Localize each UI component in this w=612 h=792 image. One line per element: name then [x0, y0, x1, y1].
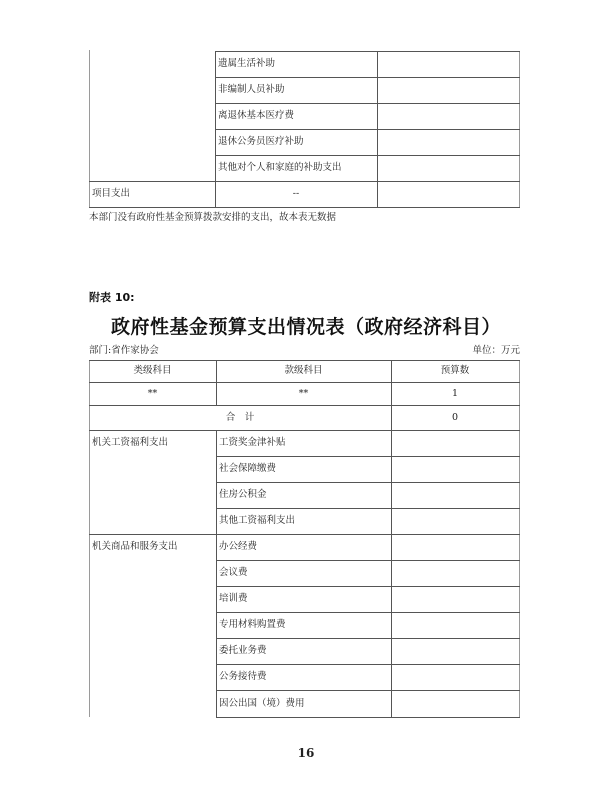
table-cell-subject: 退休公务员医疗补助 — [215, 129, 377, 155]
code-budget: 1 — [391, 382, 519, 405]
table-cell-subject: 委托业务费 — [216, 638, 391, 664]
category-goods-services: 机关商品和服务支出 — [89, 534, 216, 560]
header-subcategory: 款级科目 — [216, 360, 391, 382]
total-value: 0 — [391, 405, 519, 430]
table-cell-subject: 培训费 — [216, 586, 391, 612]
table-cell-subject: 遗属生活补助 — [215, 51, 377, 77]
table-cell-subject: 专用材料购置费 — [216, 612, 391, 638]
page-number: 16 — [0, 746, 612, 760]
table-cell-subject: 离退休基本医疗费 — [215, 103, 377, 129]
table-cell-subject: 非编制人员补助 — [215, 77, 377, 103]
code-category: ** — [89, 382, 216, 405]
header-budget: 预算数 — [391, 360, 519, 382]
no-data-note: 本部门没有政府性基金预算拨款安排的支出，故本表无数据 — [89, 209, 336, 223]
appendix-label: 附表 10: — [89, 289, 135, 305]
table-cell-subject: 其他对个人和家庭的补助支出 — [215, 155, 377, 181]
project-expense-dash: -- — [215, 181, 377, 207]
project-expense-label: 项目支出 — [89, 181, 215, 207]
category-wages: 机关工资福利支出 — [89, 430, 216, 456]
total-label: 合 计 — [89, 405, 391, 430]
table-cell-subject: 公务接待费 — [216, 664, 391, 690]
table-cell-subject: 工资奖金津补贴 — [216, 430, 391, 456]
code-subcategory: ** — [216, 382, 391, 405]
department-label: 部门:省作家协会 — [89, 342, 159, 356]
table-cell-subject: 因公出国（境）费用 — [216, 690, 391, 717]
unit-label: 单位：万元 — [472, 342, 520, 356]
header-category: 类级科目 — [89, 360, 216, 382]
top-table-hline — [89, 207, 520, 208]
table-cell-subject: 办公经费 — [216, 534, 391, 560]
table-cell-subject: 社会保障缴费 — [216, 456, 391, 482]
table-cell-subject: 其他工资福利支出 — [216, 508, 391, 534]
page-title: 政府性基金预算支出情况表（政府经济科目） — [0, 312, 612, 339]
table-cell-subject: 会议费 — [216, 560, 391, 586]
table-cell-subject: 住房公积金 — [216, 482, 391, 508]
budget-table-hline — [216, 717, 520, 718]
